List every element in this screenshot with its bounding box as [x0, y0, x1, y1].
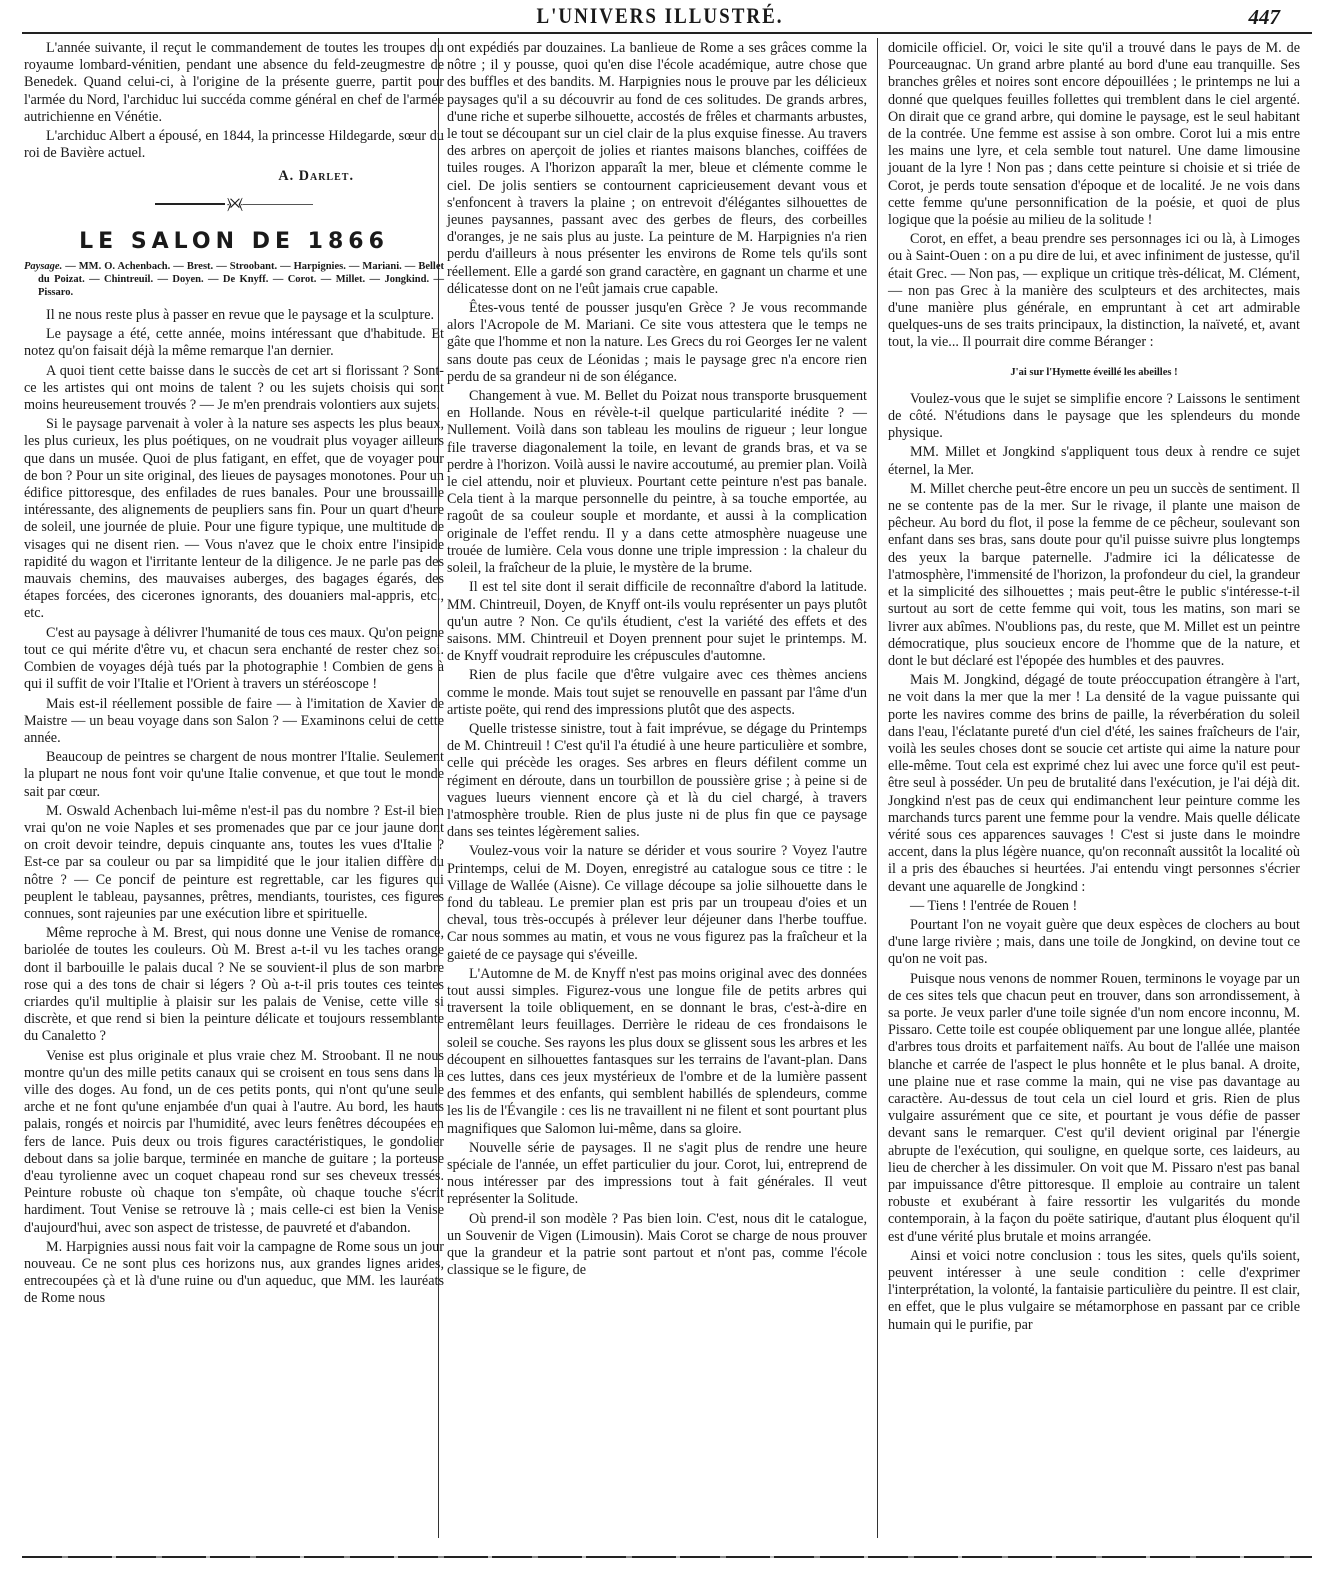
ornamental-divider: ⦒✕⦑	[24, 196, 444, 213]
paragraph: Quelle tristesse sinistre, tout à fait i…	[447, 721, 867, 841]
column-1: L'année suivante, il reçut le commandeme…	[24, 40, 444, 1308]
paragraph: Même reproche à M. Brest, qui nous donne…	[24, 925, 444, 1045]
paragraph: Pourtant l'on ne voyait guère que deux e…	[888, 917, 1300, 969]
paragraph: C'est au paysage à délivrer l'humanité d…	[24, 625, 444, 694]
top-rule	[22, 32, 1312, 34]
paragraph: Corot, en effet, a beau prendre ses pers…	[888, 231, 1300, 351]
bottom-rule	[22, 1556, 1312, 1558]
paragraph: M. Millet cherche peut-être encore un pe…	[888, 481, 1300, 670]
article-title: LE SALON DE 1866	[24, 233, 444, 250]
paragraph: Mais est-il réellement possible de faire…	[24, 696, 444, 748]
paragraph: A quoi tient cette baisse dans le succès…	[24, 363, 444, 415]
paragraph: ont expédiés par douzaines. La banlieue …	[447, 40, 867, 298]
paragraph: Beaucoup de peintres se chargent de nous…	[24, 749, 444, 801]
paragraph: Si le paysage parvenait à voler à la nat…	[24, 416, 444, 622]
article-summary: Paysage. — MM. O. Achenbach. — Brest. — …	[24, 260, 444, 299]
paragraph: Il est tel site dont il serait difficile…	[447, 579, 867, 665]
paragraph: Voulez-vous que le sujet se simplifie en…	[888, 391, 1300, 443]
paragraph: L'archiduc Albert a épousé, en 1844, la …	[24, 128, 444, 162]
paragraph: Venise est plus originale et plus vraie …	[24, 1048, 444, 1237]
author-signature: A. Darlet.	[24, 168, 354, 185]
paragraph: Voulez-vous voir la nature se dérider et…	[447, 843, 867, 963]
summary-lead: Paysage.	[24, 261, 62, 272]
paragraph: Changement à vue. M. Bellet du Poizat no…	[447, 388, 867, 577]
paragraph: Nouvelle série de paysages. Il ne s'agit…	[447, 1140, 867, 1209]
column-2: ont expédiés par douzaines. La banlieue …	[447, 40, 867, 1279]
paragraph: Mais M. Jongkind, dégagé de toute préocc…	[888, 672, 1300, 896]
paragraph: domicile officiel. Or, voici le site qu'…	[888, 40, 1300, 229]
paragraph: M. Oswald Achenbach lui-même n'est-il pa…	[24, 803, 444, 923]
masthead: L'UNIVERS ILLUSTRÉ. 447	[0, 0, 1320, 30]
paragraph: L'année suivante, il reçut le commandeme…	[24, 40, 444, 126]
paragraph: Êtes-vous tenté de pousser jusqu'en Grèc…	[447, 300, 867, 386]
ornament-line-left	[155, 203, 225, 205]
ornament-line-right	[243, 204, 313, 205]
paragraph: Il ne nous reste plus à passer en revue …	[24, 307, 444, 324]
paragraph: Rien de plus facile que d'être vulgaire …	[447, 667, 867, 719]
paragraph: Puisque nous venons de nommer Rouen, ter…	[888, 971, 1300, 1246]
paragraph: — Tiens ! l'entrée de Rouen !	[888, 898, 1300, 915]
paragraph: M. Harpignies aussi nous fait voir la ca…	[24, 1239, 444, 1308]
paragraph: Le paysage a été, cette année, moins int…	[24, 326, 444, 360]
paragraph: L'Automne de M. de Knyff n'est pas moins…	[447, 966, 867, 1138]
paragraph: MM. Millet et Jongkind s'appliquent tous…	[888, 444, 1300, 478]
summary-artists: — MM. O. Achenbach. — Brest. — Stroobant…	[38, 261, 444, 298]
column-3: domicile officiel. Or, voici le site qu'…	[888, 40, 1300, 1334]
publication-title: L'UNIVERS ILLUSTRÉ.	[0, 4, 1320, 29]
column-divider	[877, 38, 878, 1538]
paragraph: Où prend-il son modèle ? Pas bien loin. …	[447, 1211, 867, 1280]
fleuron-icon: ⦒✕⦑	[227, 196, 241, 213]
page-number: 447	[1249, 5, 1281, 30]
verse-quotation: J'ai sur l'Hymette éveillé les abeilles …	[888, 364, 1300, 381]
paragraph: Ainsi et voici notre conclusion : tous l…	[888, 1248, 1300, 1334]
